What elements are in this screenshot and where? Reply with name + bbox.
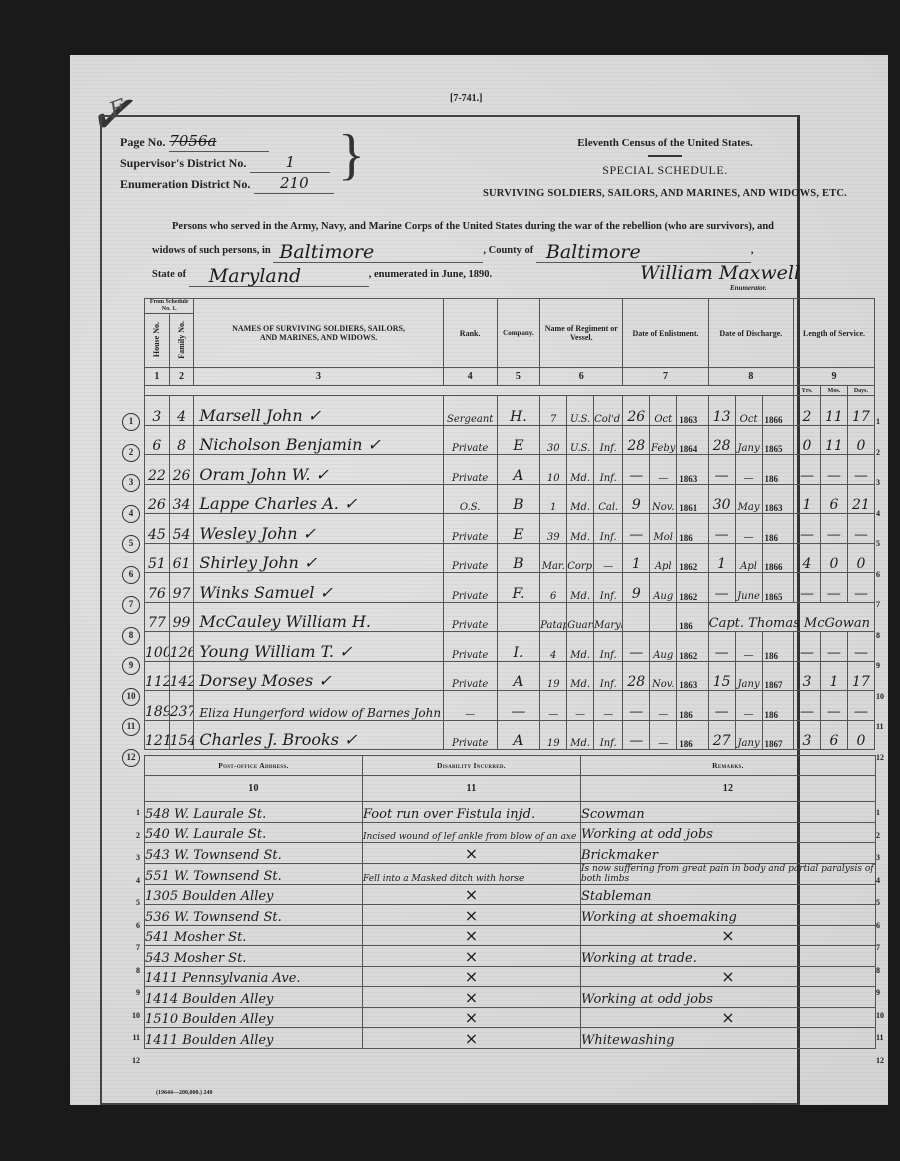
address-row: 551 W. Townsend St.Fell into a Masked di… [145,863,876,884]
enumerator-signature: William Maxwell [640,262,800,284]
cell-disability: × [363,843,581,864]
cell-company: A [497,720,540,750]
cell-name: Eliza Hungerford widow of Barnes John [194,691,443,721]
form-code: [7-741.] [450,93,483,104]
cell-rank: — [443,691,497,721]
cell-address: 1510 Boulden Alley [145,1007,363,1028]
cell-yrs: — [794,632,821,662]
cell-rank: Private [443,602,497,632]
cell-dis_yr: 186 [762,691,793,721]
cell-yrs: 3 [794,720,821,750]
address-row-number: 2 [128,831,140,840]
address-row-number: 11 [128,1033,140,1042]
row-number-right: 11 [876,722,884,731]
cell-reg_type: Inf. [594,720,623,750]
cell-name: Wesley John ✓ [194,514,443,544]
row-circle-marker: 6 [122,566,140,584]
cell-enl_yr: 186 [677,602,708,632]
cell-enl_mon: Feby [650,425,677,455]
cell-name: Shirley John ✓ [194,543,443,573]
county-label: , County of [483,245,533,256]
cell-reg_no: 1 [540,484,567,514]
cell-enl_day: — [623,514,650,544]
cell-reg_no: 19 [540,661,567,691]
soldier-row: 2226Oram John W. ✓PrivateA10Md.Inf.——186… [145,455,875,485]
cell-dis_yr: 1865 [762,425,793,455]
cell-dis_day: Capt. Thomas McGowan [708,602,874,632]
row-circle-marker: 10 [122,688,140,706]
cell-mos: — [820,573,847,603]
cell-reg_type: Inf. [594,632,623,662]
cell-name: Young William T. ✓ [194,632,443,662]
cell-yrs: — [794,455,821,485]
cell-reg_no: 6 [540,573,567,603]
cell-dis_mon: Jany [735,661,762,691]
cell-house: 121 [145,720,170,750]
cell-yrs: 4 [794,543,821,573]
cell-dis_yr: 1865 [762,573,793,603]
cell-remarks: Scowman [581,802,876,823]
cell-dis_mon: May [735,484,762,514]
cell-remarks: Whitewashing [581,1028,876,1049]
schedule-group-header: From Schedule No. 1. [145,299,194,314]
cell-name: Winks Samuel ✓ [194,573,443,603]
cell-name: Lappe Charles A. ✓ [194,484,443,514]
soldier-row: 112142Dorsey Moses ✓PrivateA19Md.Inf.28N… [145,661,875,691]
cell-yrs: 1 [794,484,821,514]
address-row-number-right: 7 [876,943,880,952]
cell-disability: × [363,905,581,926]
cell-address: 551 W. Townsend St. [145,863,363,884]
cell-house: 45 [145,514,170,544]
soldier-row: 34Marsell John ✓SergeantH.7U.S.Col'd Tro… [145,396,875,426]
county-value: Baltimore [536,242,751,263]
cell-dis_day: — [708,573,735,603]
address-row-number: 10 [128,1011,140,1020]
cell-family: 142 [169,661,194,691]
cell-disability: Fell into a Masked ditch with horse [363,863,581,884]
address-row-number-right: 2 [876,831,880,840]
soldier-row: 7799McCauley William H.PrivatePatapscoGu… [145,602,875,632]
cell-company: I. [497,632,540,662]
cell-reg_type: Inf. [594,425,623,455]
cell-dis_mon: — [735,455,762,485]
enumerator-label: Enumerator. [730,284,767,292]
schedule-title: SPECIAL SCHEDULE. [445,163,885,178]
cell-house: 76 [145,573,170,603]
cell-reg_state: — [567,691,594,721]
address-row-number: 9 [128,988,140,997]
title-rule [648,155,682,157]
intro-line1: Persons who served in the Army, Navy, an… [152,215,882,239]
cell-enl_day: 28 [623,661,650,691]
cell-company: F. [497,573,540,603]
cell-company: E [497,425,540,455]
cell-reg_no: 39 [540,514,567,544]
cell-address: 540 W. Laurale St. [145,822,363,843]
cell-reg_state: U.S. [567,396,594,426]
cell-dis_yr: 1863 [762,484,793,514]
cell-yrs: 2 [794,396,821,426]
row-number-right: 4 [876,509,880,518]
row-circle-marker: 2 [122,444,140,462]
cell-enl_yr: 1862 [677,543,708,573]
address-row-number: 6 [128,921,140,930]
cell-dis_mon: Apl [735,543,762,573]
cell-enl_mon: Aug [650,632,677,662]
cell-disability: × [363,966,581,987]
cell-rank: Private [443,720,497,750]
cell-dis_day: 30 [708,484,735,514]
cell-rank: Sergeant [443,396,497,426]
intro-line2: widows of such persons, in Baltimore, Co… [152,239,882,263]
cell-disability: Incised wound of lef ankle from blow of … [363,822,581,843]
soldier-row: 2634Lappe Charles A. ✓O.S.B1Md.Cal.9Nov.… [145,484,875,514]
cell-reg_type: Inf. [594,514,623,544]
cell-disability: × [363,925,581,946]
cell-dis_yr: 186 [762,632,793,662]
cell-yrs: 0 [794,425,821,455]
names-header: NAMES OF SURVIVING SOLDIERS, SAILORS, AN… [194,299,443,368]
address-row-number-right: 1 [876,808,880,817]
row-number-right: 7 [876,600,880,609]
cell-company: H. [497,396,540,426]
cell-enl_day: — [623,632,650,662]
cell-rank: Private [443,455,497,485]
cell-dis_day: — [708,514,735,544]
col-num-10: 10 [145,776,363,802]
cell-family: 8 [169,425,194,455]
cell-dis_mon: Jany [735,720,762,750]
schedule-subtitle: SURVIVING SOLDIERS, SAILORS, AND MARINES… [445,188,885,199]
state-label: State of [152,269,186,280]
cell-days: 0 [847,425,874,455]
cell-reg_type: — [594,691,623,721]
cell-yrs: — [794,514,821,544]
address-row-number-right: 12 [876,1056,884,1065]
address-row: 1414 Boulden Alley×Working at odd jobs [145,987,876,1008]
cell-enl_day: 1 [623,543,650,573]
cell-company [497,602,540,632]
row-number-right: 6 [876,570,880,579]
page-label: Page No. [120,132,165,152]
cell-house: 22 [145,455,170,485]
row-circle-marker: 1 [122,413,140,431]
cell-remarks: Working at shoemaking [581,905,876,926]
cell-days: 0 [847,720,874,750]
cell-enl_mon [650,602,677,632]
cell-mos: 6 [820,720,847,750]
cell-reg_type: Inf. [594,661,623,691]
cell-enl_yr: 1863 [677,396,708,426]
cell-reg_type: Inf. [594,573,623,603]
cell-remarks: Is now suffering from great pain in body… [581,863,876,884]
enumerated-text: , enumerated in June, 1890. [369,269,492,280]
address-row: 548 W. Laurale St.Foot run over Fistula … [145,802,876,823]
address-row-number-right: 8 [876,966,880,975]
cell-dis_day: — [708,455,735,485]
cell-dis_mon: Jany [735,425,762,455]
cell-dis_mon: June [735,573,762,603]
address-row-number-right: 9 [876,988,880,997]
cell-address: 1305 Boulden Alley [145,884,363,905]
cell-enl_day: — [623,455,650,485]
address-row: 1411 Boulden Alley×Whitewashing [145,1028,876,1049]
cell-mos: — [820,632,847,662]
cell-reg_type: Cal. [594,484,623,514]
cell-rank: Private [443,425,497,455]
intro-prefix: widows of such persons, in [152,245,271,256]
cell-remarks: Brickmaker [581,843,876,864]
cell-dis_mon: — [735,632,762,662]
col-num-12: 12 [581,776,876,802]
cell-mos: 1 [820,661,847,691]
city-value: Baltimore [273,242,483,263]
cell-family: 99 [169,602,194,632]
cell-house: 26 [145,484,170,514]
discharge-header: Date of Discharge. [708,299,793,368]
address-row-number-right: 6 [876,921,880,930]
cell-address: 1411 Boulden Alley [145,1028,363,1049]
cell-reg_state: Md. [567,484,594,514]
address-row: 543 W. Townsend St.×Brickmaker [145,843,876,864]
cell-company: E [497,514,540,544]
cell-disability: Foot run over Fistula injd. [363,802,581,823]
cell-disability: × [363,884,581,905]
cell-reg_state: Md. [567,455,594,485]
cell-house: 100 [145,632,170,662]
cell-name: Charles J. Brooks ✓ [194,720,443,750]
cell-house: 51 [145,543,170,573]
cell-enl_mon: — [650,720,677,750]
cell-enl_mon: Nov. [650,661,677,691]
cell-yrs: 3 [794,661,821,691]
cell-enl_mon: — [650,691,677,721]
cell-address: 543 Mosher St. [145,946,363,967]
cell-family: 126 [169,632,194,662]
cell-days: — [847,455,874,485]
address-row: 536 W. Townsend St.×Working at shoemakin… [145,905,876,926]
cell-dis_yr: 1866 [762,396,793,426]
cell-dis_yr: 186 [762,455,793,485]
cell-enl_mon: Nov. [650,484,677,514]
cell-rank: Private [443,632,497,662]
enlistment-header: Date of Enlistment. [623,299,708,368]
cell-enl_yr: 1861 [677,484,708,514]
mos-header: Mos. [820,386,847,396]
cell-enl_day: 9 [623,573,650,603]
brace-divider: } [338,127,365,183]
yrs-header: Yrs. [794,386,821,396]
cell-reg_state: Corp. [567,543,594,573]
soldier-row: 7697Winks Samuel ✓PrivateF.6Md.Inf.9Aug1… [145,573,875,603]
cell-enl_day: — [623,691,650,721]
cell-address: 543 W. Townsend St. [145,843,363,864]
cell-enl_mon: Aug [650,573,677,603]
cell-name: Dorsey Moses ✓ [194,661,443,691]
col-num-6: 6 [540,368,623,386]
cell-rank: Private [443,573,497,603]
col-num-9: 9 [794,368,875,386]
cell-reg_type: — [594,543,623,573]
cell-reg_type: Inf. [594,455,623,485]
cell-reg_no: 7 [540,396,567,426]
col-num-5: 5 [497,368,540,386]
cell-reg_state: Md. [567,514,594,544]
cell-rank: Private [443,661,497,691]
col-num-4: 4 [443,368,497,386]
supervisor-value: 1 [250,152,330,173]
cell-address: 1414 Boulden Alley [145,987,363,1008]
cell-reg_no: 10 [540,455,567,485]
cell-enl_yr: 1864 [677,425,708,455]
cell-enl_yr: 186 [677,691,708,721]
cell-yrs: — [794,573,821,603]
cell-mos: — [820,691,847,721]
cell-enl_yr: 186 [677,514,708,544]
cell-dis_mon: — [735,514,762,544]
address-row-number-right: 10 [876,1011,884,1020]
cell-name: Nicholson Benjamin ✓ [194,425,443,455]
address-table: Post-office Address. Disability Incurred… [144,755,876,1049]
address-row-number: 5 [128,898,140,907]
row-number-right: 2 [876,448,880,457]
cell-dis_day: 1 [708,543,735,573]
row-number-right: 1 [876,417,880,426]
cell-family: 97 [169,573,194,603]
address-row: 1510 Boulden Alley×× [145,1007,876,1028]
company-header: Company. [497,299,540,368]
cell-remarks: × [581,925,876,946]
cell-company: B [497,484,540,514]
cell-remarks: Working at odd jobs [581,822,876,843]
row-circle-marker: 12 [122,749,140,767]
cell-rank: Private [443,514,497,544]
row-number-right: 9 [876,661,880,670]
address-row-number-right: 3 [876,853,880,862]
soldiers-table-body: 34Marsell John ✓SergeantH.7U.S.Col'd Tro… [145,396,875,750]
cell-rank: Private [443,543,497,573]
address-row-number: 8 [128,966,140,975]
cell-remarks: Working at odd jobs [581,987,876,1008]
cell-address: 1411 Pennsylvania Ave. [145,966,363,987]
cell-remarks: × [581,966,876,987]
cell-mos: 0 [820,543,847,573]
cell-house: 112 [145,661,170,691]
cell-days: 17 [847,396,874,426]
census-page: ✓ F [7-741.] Page No. 7056a Supervisor's… [70,55,888,1105]
cell-reg_state: U.S. [567,425,594,455]
cell-enl_yr: 1863 [677,455,708,485]
days-header: Days. [847,386,874,396]
cell-days: — [847,632,874,662]
supervisor-label: Supervisor's District No. [120,153,246,173]
row-number-right: 8 [876,631,880,640]
cell-company: A [497,661,540,691]
cell-family: 54 [169,514,194,544]
rank-header: Rank. [443,299,497,368]
cell-family: 4 [169,396,194,426]
cell-reg_state: Md. [567,720,594,750]
cell-mos: 11 [820,425,847,455]
address-row: 540 W. Laurale St.Incised wound of lef a… [145,822,876,843]
cell-dis_yr: 186 [762,514,793,544]
cell-family: 26 [169,455,194,485]
address-row-number: 4 [128,876,140,885]
cell-remarks: × [581,1007,876,1028]
cell-name: Oram John W. ✓ [194,455,443,485]
cell-reg_type: Col'd Troops [594,396,623,426]
address-table-body: 548 W. Laurale St.Foot run over Fistula … [145,802,876,1049]
address-row-number-right: 5 [876,898,880,907]
cell-enl_mon: Apl [650,543,677,573]
cell-reg_no: 4 [540,632,567,662]
title-block: Eleventh Census of the United States. SP… [445,137,885,199]
cell-enl_yr: 1862 [677,632,708,662]
soldier-row: 189237Eliza Hungerford widow of Barnes J… [145,691,875,721]
cell-dis_yr: 1867 [762,661,793,691]
address-row-number: 1 [128,808,140,817]
row-number-right: 5 [876,539,880,548]
cell-reg_state: Md. [567,573,594,603]
col-num-3: 3 [194,368,443,386]
soldier-row: 68Nicholson Benjamin ✓PrivateE30U.S.Inf.… [145,425,875,455]
cell-address: 548 W. Laurale St. [145,802,363,823]
cell-company: A [497,455,540,485]
enumeration-label: Enumeration District No. [120,174,250,194]
regiment-header: Name of Regiment or Vessel. [540,299,623,368]
cell-dis_day: — [708,632,735,662]
cell-disability: × [363,1007,581,1028]
cell-family: 34 [169,484,194,514]
cell-dis_day: 15 [708,661,735,691]
family-no-header: Family No. [177,321,186,359]
cell-days: — [847,514,874,544]
subheader-spacer [145,386,794,396]
row-circle-marker: 4 [122,505,140,523]
cell-reg_no: 30 [540,425,567,455]
cell-days: — [847,573,874,603]
row-circle-marker: 8 [122,627,140,645]
cell-name: Marsell John ✓ [194,396,443,426]
cell-enl_mon: Mol [650,514,677,544]
footer-print-code: (19644—200,000.) 240 [156,1090,213,1096]
cell-enl_day: — [623,720,650,750]
cell-dis_day: 28 [708,425,735,455]
cell-disability: × [363,1028,581,1049]
address-row-number: 7 [128,943,140,952]
cell-mos: — [820,455,847,485]
enumeration-value: 210 [254,173,334,194]
address-row: 543 Mosher St.×Working at trade. [145,946,876,967]
cell-company: — [497,691,540,721]
cell-house: 6 [145,425,170,455]
col-num-8: 8 [708,368,793,386]
cell-remarks: Working at trade. [581,946,876,967]
cell-rank: O.S. [443,484,497,514]
cell-days: 21 [847,484,874,514]
col-num-1: 1 [145,368,170,386]
cell-reg_no: Mar. [540,543,567,573]
address-row-number: 3 [128,853,140,862]
cell-enl_mon: — [650,455,677,485]
cell-house: 189 [145,691,170,721]
address-row: 1305 Boulden Alley×Stableman [145,884,876,905]
cell-address: 536 W. Townsend St. [145,905,363,926]
cell-dis_day: — [708,691,735,721]
cell-dis_day: 13 [708,396,735,426]
soldier-row: 5161Shirley John ✓PrivateBMar.Corp.—1Apl… [145,543,875,573]
